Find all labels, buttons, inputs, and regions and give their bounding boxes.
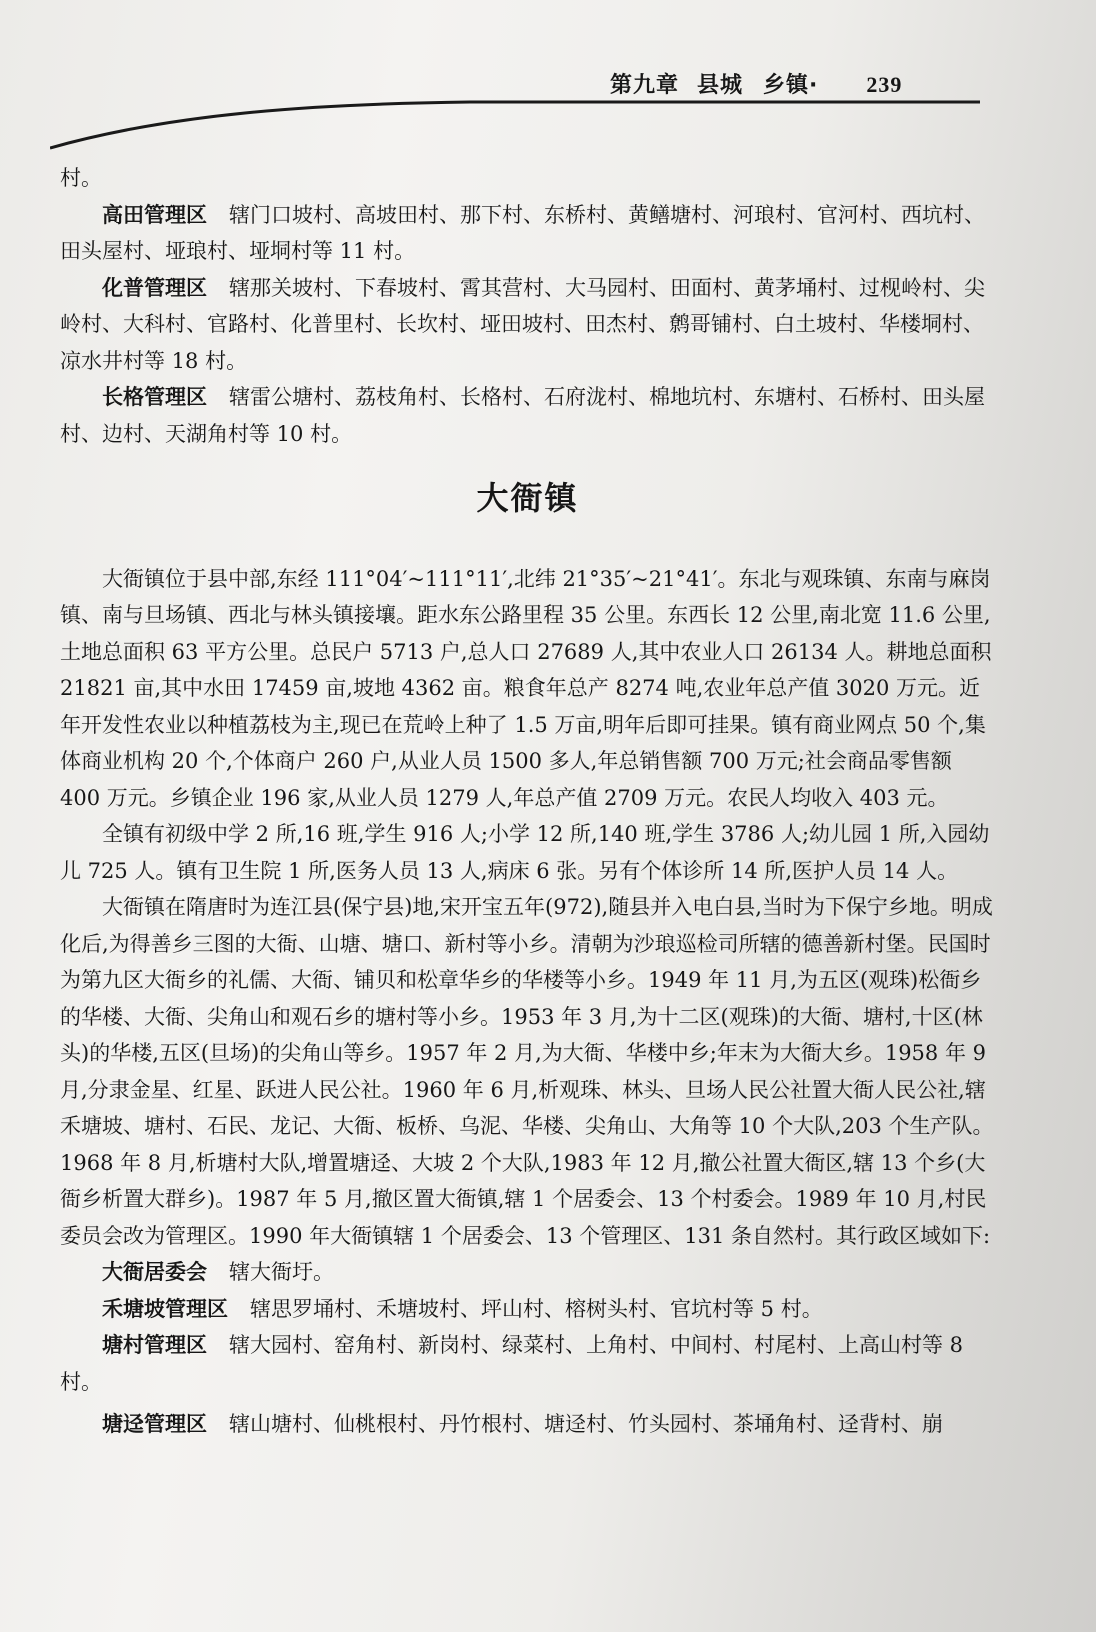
entry-changge: 长格管理区辖雷公塘村、荔枝角村、长格村、石府泷村、棉地坑村、东塘村、石桥村、田头… (60, 379, 995, 452)
paragraph-history: 大衙镇在隋唐时为连江县(保宁县)地,宋开宝五年(972),随县并入电白县,当时为… (60, 889, 995, 1254)
header-rule (50, 96, 980, 156)
chapter-label: 第九章 (610, 68, 679, 99)
paragraph-overview: 大衙镇位于县中部,东经 111°04′~111°11′,北纬 21°35′~21… (60, 561, 995, 817)
page-number: 239 (866, 72, 902, 98)
book-page: 第九章 县城 乡镇· 239 村。 高田管理区辖门口坡村、高坡田村、那下村、东桥… (0, 0, 1096, 1632)
page-body: 村。 高田管理区辖门口坡村、高坡田村、那下村、东桥村、黄鳝塘村、河琅村、官河村、… (60, 160, 995, 1443)
section-title: 大衙镇 (60, 480, 995, 517)
entry-tangcun: 塘村管理区辖大园村、窑角村、新岗村、绿菜村、上角村、中间村、村尾村、上高山村等 … (60, 1327, 995, 1400)
paragraph-education-health: 全镇有初级中学 2 所,16 班,学生 916 人;小学 12 所,140 班,… (60, 816, 995, 889)
section-label-towns: 乡镇· (763, 68, 818, 99)
entry-label: 化普管理区 (102, 276, 207, 300)
entry-gaotian: 高田管理区辖门口坡村、高坡田村、那下村、东桥村、黄鳝塘村、河琅村、官河村、西坑村… (60, 197, 995, 270)
entry-label: 塘迳管理区 (102, 1412, 207, 1436)
entry-huapu: 化普管理区辖那关坡村、下春坡村、霄其营村、大马园村、田面村、黄茅埇村、过枧岭村、… (60, 270, 995, 380)
running-header: 第九章 县城 乡镇· 239 (610, 68, 902, 99)
entry-text: 辖思罗埇村、禾塘坡村、坪山村、榕树头村、官坑村等 5 村。 (250, 1297, 823, 1321)
entry-text: 辖山塘村、仙桃根村、丹竹根村、塘迳村、竹头园村、茶埇角村、迳背村、崩 (229, 1412, 943, 1436)
continuation-text: 村。 (60, 160, 995, 197)
entry-label: 禾塘坡管理区 (102, 1297, 228, 1321)
entry-label: 长格管理区 (102, 385, 207, 409)
entry-label: 大衙居委会 (102, 1260, 207, 1284)
entry-dayaju: 大衙居委会辖大衙圩。 (60, 1254, 995, 1291)
entry-label: 塘村管理区 (102, 1333, 207, 1357)
entry-label: 高田管理区 (102, 203, 207, 227)
section-label-county: 县城 (697, 68, 743, 99)
entry-tangjing: 塘迳管理区辖山塘村、仙桃根村、丹竹根村、塘迳村、竹头园村、茶埇角村、迳背村、崩 (60, 1406, 995, 1443)
entry-text: 辖大衙圩。 (229, 1260, 334, 1284)
entry-hetangpo: 禾塘坡管理区辖思罗埇村、禾塘坡村、坪山村、榕树头村、官坑村等 5 村。 (60, 1291, 995, 1328)
